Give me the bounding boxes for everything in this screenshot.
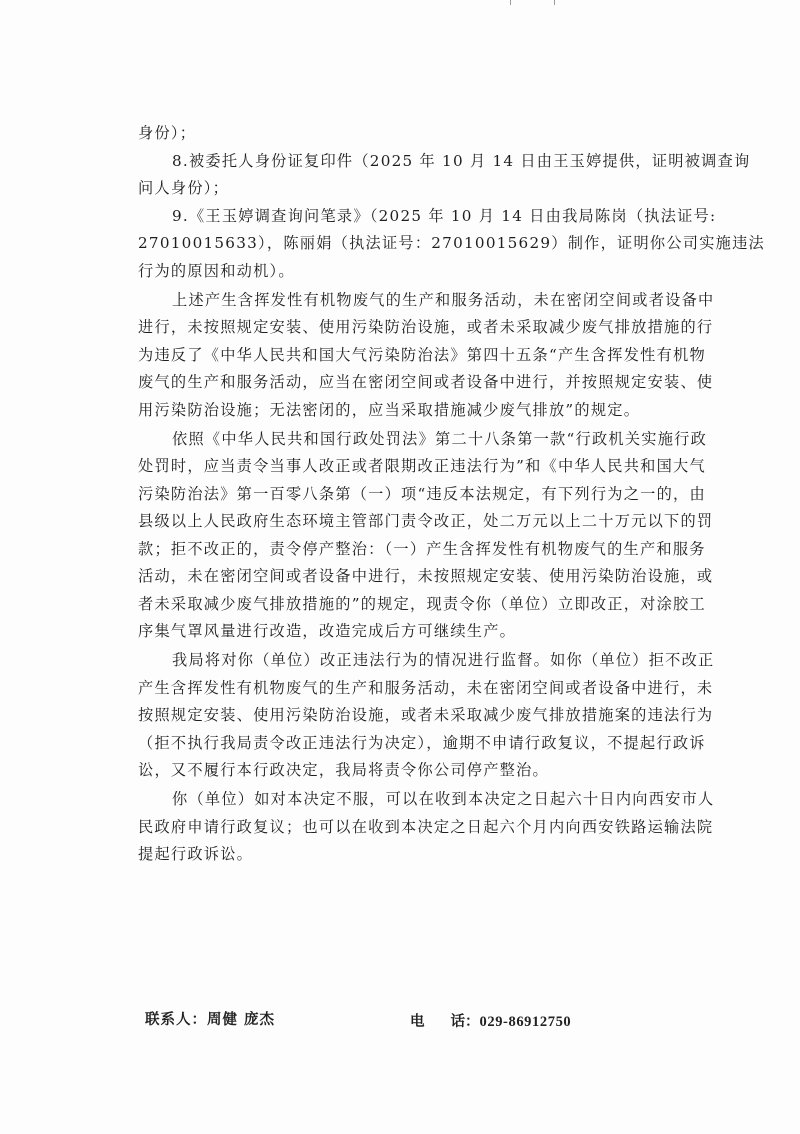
text-line: 问人身份）； xyxy=(138,175,578,203)
text-line: 9.《王玉婷调查询问笔录》（2025 年 10 月 14 日由我局陈岗（执法证号… xyxy=(138,203,578,231)
text-line: 处罚时，应当责令当事人改正或者限期改正违法行为”和《中华人民共和国大气 xyxy=(138,453,578,481)
document-body: 身份）； 8.被委托人身份证复印件（2025 年 10 月 14 日由王玉婷提供… xyxy=(138,120,578,869)
text-line: 废气的生产和服务活动，应当在密闭空间或者设备中进行，并按照规定安装、使 xyxy=(138,369,578,397)
text-line: 按照规定安装、使用污染防治设施，或者未采取减少废气排放措施案的违法行为 xyxy=(138,702,578,730)
text-line: 8.被委托人身份证复印件（2025 年 10 月 14 日由王玉婷提供，证明被调… xyxy=(138,148,578,176)
document-page: 身份）； 8.被委托人身份证复印件（2025 年 10 月 14 日由王玉婷提供… xyxy=(0,0,800,1134)
scan-mark xyxy=(554,0,555,5)
text-line: 用污染防治设施；无法密闭的，应当采取措施减少废气排放”的规定。 xyxy=(138,397,578,425)
phone-label-2: 话： xyxy=(451,1013,480,1030)
text-line: 活动，未在密闭空间或者设备中进行，未按照规定安装、使用污染防治设施，或 xyxy=(138,563,578,591)
text-line: 民政府申请行政复议；也可以在收到本决定之日起六个月内向西安铁路运输法院 xyxy=(138,814,578,842)
text-line: 进行，未按照规定安装、使用污染防治设施，或者未采取减少废气排放措施的行 xyxy=(138,314,578,342)
text-line: 序集气罩风量进行改造，改造完成后方可继续生产。 xyxy=(138,618,578,646)
text-line: 为违反了《中华人民共和国大气污染防治法》第四十五条“产生含挥发性有机物 xyxy=(138,342,578,370)
text-line: 讼，又不履行本行政决定，我局将责令你公司停产整治。 xyxy=(138,757,578,785)
phone-info: 电话：029-86912750 xyxy=(410,1010,571,1031)
contact-footer: 联系人：周健 庞杰 电话：029-86912750 xyxy=(145,1008,645,1038)
text-line: 依照《中华人民共和国行政处罚法》第二十八条第一款“行政机关实施行政 xyxy=(138,426,578,454)
phone-number: 029-86912750 xyxy=(480,1014,572,1030)
text-line: 款；拒不改正的，责令停产整治：（一）产生含挥发性有机物废气的生产和服务 xyxy=(138,536,578,564)
text-line: 产生含挥发性有机物废气的生产和服务活动，未在密闭空间或者设备中进行，未 xyxy=(138,675,578,703)
text-line: 上述产生含挥发性有机物废气的生产和服务活动，未在密闭空间或者设备中 xyxy=(138,287,578,315)
text-line: 你（单位）如对本决定不服，可以在收到本决定之日起六十日内向西安市人 xyxy=(138,786,578,814)
text-line: 提起行政诉讼。 xyxy=(138,841,578,869)
text-line: 我局将对你（单位）改正违法行为的情况进行监督。如你（单位）拒不改正 xyxy=(138,647,578,675)
text-line: 身份）； xyxy=(138,120,578,148)
contact-person: 联系人：周健 庞杰 xyxy=(145,1008,275,1029)
text-line: 者未采取减少废气排放措施的”的规定，现责令你（单位）立即改正，对涂胶工 xyxy=(138,591,578,619)
text-line: 污染防治法》第一百零八条第（一）项“违反本法规定，有下列行为之一的，由 xyxy=(138,481,578,509)
scan-mark xyxy=(510,0,511,5)
text-line: （拒不执行我局责令改正违法行为决定），逾期不申请行政复议，不提起行政诉 xyxy=(138,730,578,758)
text-line: 27010015633），陈丽娟（执法证号：27010015629）制作，证明你… xyxy=(138,230,578,258)
text-line: 县级以上人民政府生态环境主管部门责令改正，处二万元以上二十万元以下的罚 xyxy=(138,508,578,536)
phone-label-1: 电 xyxy=(410,1013,425,1030)
text-line: 行为的原因和动机）。 xyxy=(138,258,578,286)
